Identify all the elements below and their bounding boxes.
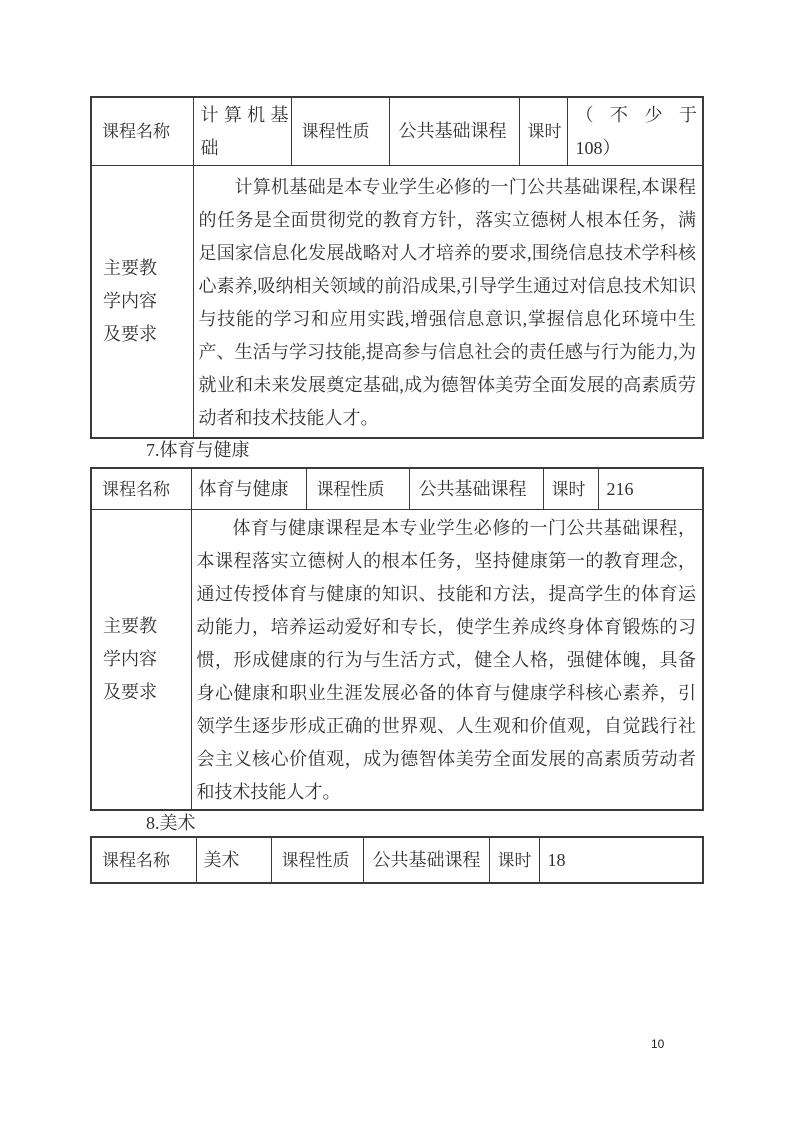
course-table-computer-basics: 课程名称 计算机基础 课程性质 公共基础课程 课时 （不少于 108） 主要教学…	[90, 96, 704, 439]
class-hours-label: 课时	[519, 97, 567, 166]
class-hours-value: （不少于 108）	[567, 97, 703, 166]
course-name-value: 体育与健康	[191, 468, 306, 510]
course-nature-value: 公共基础课程	[363, 837, 489, 883]
teaching-content-label: 主要教学内容及要求	[91, 166, 193, 439]
course-content-row: 主要教学内容及要求 计算机基础是本专业学生必修的一门公共基础课程,本课程的任务是…	[91, 166, 703, 439]
course-name-value: 美术	[196, 837, 271, 883]
teaching-content-paragraph: 计算机基础是本专业学生必修的一门公共基础课程,本课程的任务是全面贯彻党的教育方针…	[199, 171, 697, 435]
teaching-content-text: 计算机基础是本专业学生必修的一门公共基础课程,本课程的任务是全面贯彻党的教育方针…	[193, 166, 703, 439]
course-name-label: 课程名称	[91, 837, 196, 883]
course-nature-label: 课程性质	[291, 97, 389, 166]
class-hours-value: 18	[539, 837, 703, 883]
class-hours-line-1: （不少于	[576, 99, 698, 132]
page-number: 10	[651, 1037, 664, 1051]
course-nature-label: 课程性质	[306, 468, 409, 510]
teaching-content-paragraph: 体育与健康课程是本专业学生必修的一门公共基础课程，本课程落实立德树人的根本任务，…	[197, 512, 697, 809]
course-header-row: 课程名称 美术 课程性质 公共基础课程 课时 18	[91, 837, 703, 883]
course-name-label: 课程名称	[91, 468, 191, 510]
teaching-content-label: 主要教学内容及要求	[91, 510, 191, 811]
section-heading-art: 8.美术	[146, 811, 196, 835]
course-header-row: 课程名称 体育与健康 课程性质 公共基础课程 课时 216	[91, 468, 703, 510]
class-hours-line-2: 108）	[576, 132, 698, 165]
course-nature-value: 公共基础课程	[389, 97, 519, 166]
teaching-content-text: 体育与健康课程是本专业学生必修的一门公共基础课程，本课程落实立德树人的根本任务，…	[191, 510, 703, 811]
course-name-label: 课程名称	[91, 97, 193, 166]
course-header-row: 课程名称 计算机基础 课程性质 公共基础课程 课时 （不少于 108）	[91, 97, 703, 166]
class-hours-value: 216	[598, 468, 703, 510]
course-nature-label: 课程性质	[271, 837, 363, 883]
course-table-art: 课程名称 美术 课程性质 公共基础课程 课时 18	[90, 836, 704, 884]
course-content-row: 主要教学内容及要求 体育与健康课程是本专业学生必修的一门公共基础课程，本课程落实…	[91, 510, 703, 811]
course-name-value: 计算机基础	[193, 97, 291, 166]
course-nature-value: 公共基础课程	[409, 468, 543, 510]
class-hours-label: 课时	[489, 837, 539, 883]
class-hours-label: 课时	[543, 468, 598, 510]
document-page: 课程名称 计算机基础 课程性质 公共基础课程 课时 （不少于 108） 主要教学…	[0, 0, 793, 1122]
section-heading-pe-health: 7.体育与健康	[146, 438, 250, 462]
course-table-pe-health: 课程名称 体育与健康 课程性质 公共基础课程 课时 216 主要教学内容及要求 …	[90, 467, 704, 811]
